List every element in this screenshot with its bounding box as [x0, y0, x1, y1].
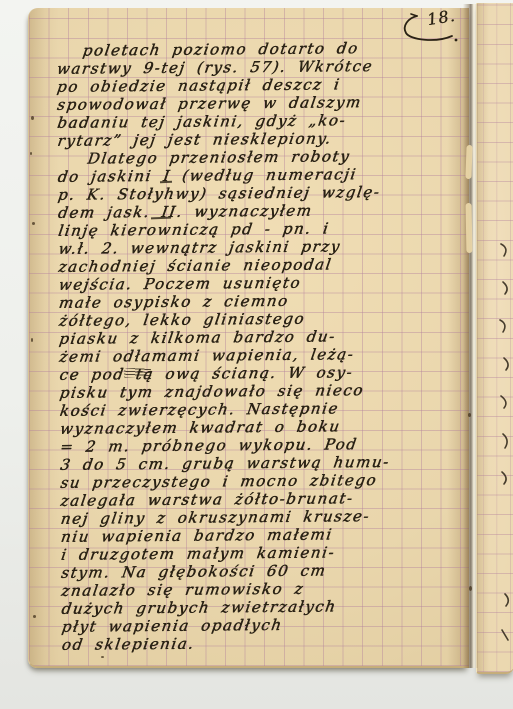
next-page-ink-fragments — [497, 242, 513, 652]
edge-wear-speck — [32, 222, 35, 225]
edge-wear-speck — [101, 656, 104, 658]
page-fold — [463, 4, 478, 668]
edge-wear-speck — [30, 152, 32, 155]
document-scan: poletach poziomo dotarto do warstwy 9-te… — [0, 0, 513, 709]
fold-damage-mark — [465, 145, 472, 179]
edge-wear-speck — [31, 116, 34, 120]
edge-wear-speck — [33, 615, 36, 618]
notebook-page: poletach poziomo dotarto do warstwy 9-te… — [28, 8, 469, 668]
page-number-flourish — [401, 12, 463, 46]
strikethrough-mark — [124, 367, 151, 377]
fold-wear-speck — [468, 413, 471, 417]
roman-numeral-underline — [160, 181, 172, 183]
handwriting-block: poletach poziomo dotarto do warstwy 9-te… — [55, 38, 460, 653]
edge-wear-speck — [31, 338, 33, 342]
fold-damage-mark — [466, 203, 473, 253]
handwriting-line: od sklepienia. — [61, 632, 464, 654]
fold-wear-speck — [469, 586, 472, 591]
